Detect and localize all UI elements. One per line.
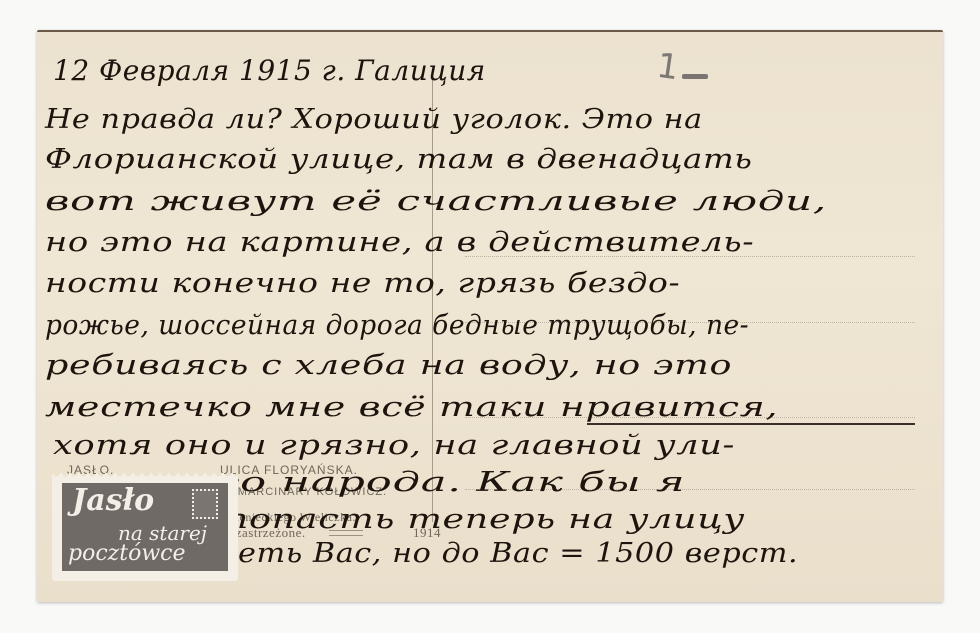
postage-stamp-icon [192,489,218,519]
handwritten-line-3: Флорианской улице, там в двенадцать [45,144,753,175]
handwritten-line-2: Не правда ли? Хороший уголок. Это на [45,104,703,135]
handwritten-line-4: вот живут её счастливые люди, [45,186,827,217]
watermark-stamp-logo: Jasło na starej pocztówce [52,473,238,581]
watermark-title: Jasło [72,483,154,518]
handwritten-line-7: рожье, шоссейная дорога бедные трущобы, … [45,310,749,341]
pencil-mark-numeral: 1 [654,46,681,89]
watermark-subtitle-2: pocztówce [68,541,186,566]
handwritten-line-10: хотя оно и грязно, на главной ули- [53,430,735,461]
handwritten-line-5: но это на картине, а в действитель- [45,227,754,258]
handwritten-line-8: ребиваясь с хлеба на воду, но это [45,350,732,381]
address-underline [587,423,915,425]
pencil-mark-dash [682,74,708,79]
handwritten-line-6: ности конечно не то, грязь бездо- [45,268,680,299]
handwritten-line-9: местечко мне всё таки нравится, [45,392,778,423]
watermark-stamp-panel: Jasło na starej pocztówce [62,483,228,571]
handwritten-line-1: 12 Февраля 1915 г. Галиция [53,54,486,87]
